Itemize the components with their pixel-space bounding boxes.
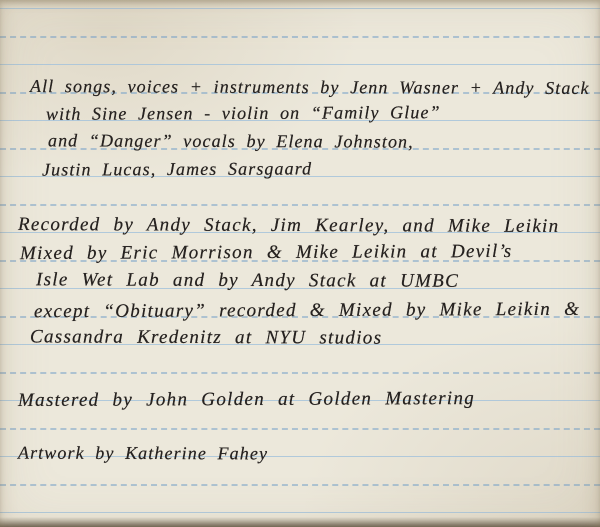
handwritten-line: and “Danger” vocals by Elena Johnston, xyxy=(48,126,414,155)
handwritten-line: Isle Wet Lab and by Andy Stack at UMBC xyxy=(36,266,459,295)
handwritten-line: with Sine Jensen - violin on “Family Glu… xyxy=(46,98,441,128)
rule-line xyxy=(0,372,600,374)
handwritten-line: Mixed by Eric Morrison & Mike Leikin at … xyxy=(20,238,513,268)
rule-line xyxy=(0,428,600,430)
handwritten-line: All songs, voices + instruments by Jenn … xyxy=(30,72,590,102)
page-bottom-edge xyxy=(0,517,600,527)
handwritten-line: Recorded by Andy Stack, Jim Kearley, and… xyxy=(18,211,560,241)
handwritten-line: except “Obituary” recorded & Mixed by Mi… xyxy=(34,296,580,326)
rule-line xyxy=(0,64,600,65)
rule-line xyxy=(0,8,600,9)
rule-line xyxy=(0,484,600,486)
handwritten-line: Mastered by John Golden at Golden Master… xyxy=(18,385,475,415)
handwritten-line: Justin Lucas, James Sarsgaard xyxy=(42,154,312,183)
handwritten-line: Artwork by Katherine Fahey xyxy=(18,439,268,468)
rule-line xyxy=(0,512,600,513)
handwritten-line: Cassandra Kredenitz at NYU studios xyxy=(30,323,382,352)
rule-line xyxy=(0,36,600,38)
rule-line xyxy=(0,204,600,206)
notebook-page: All songs, voices + instruments by Jenn … xyxy=(0,0,600,527)
